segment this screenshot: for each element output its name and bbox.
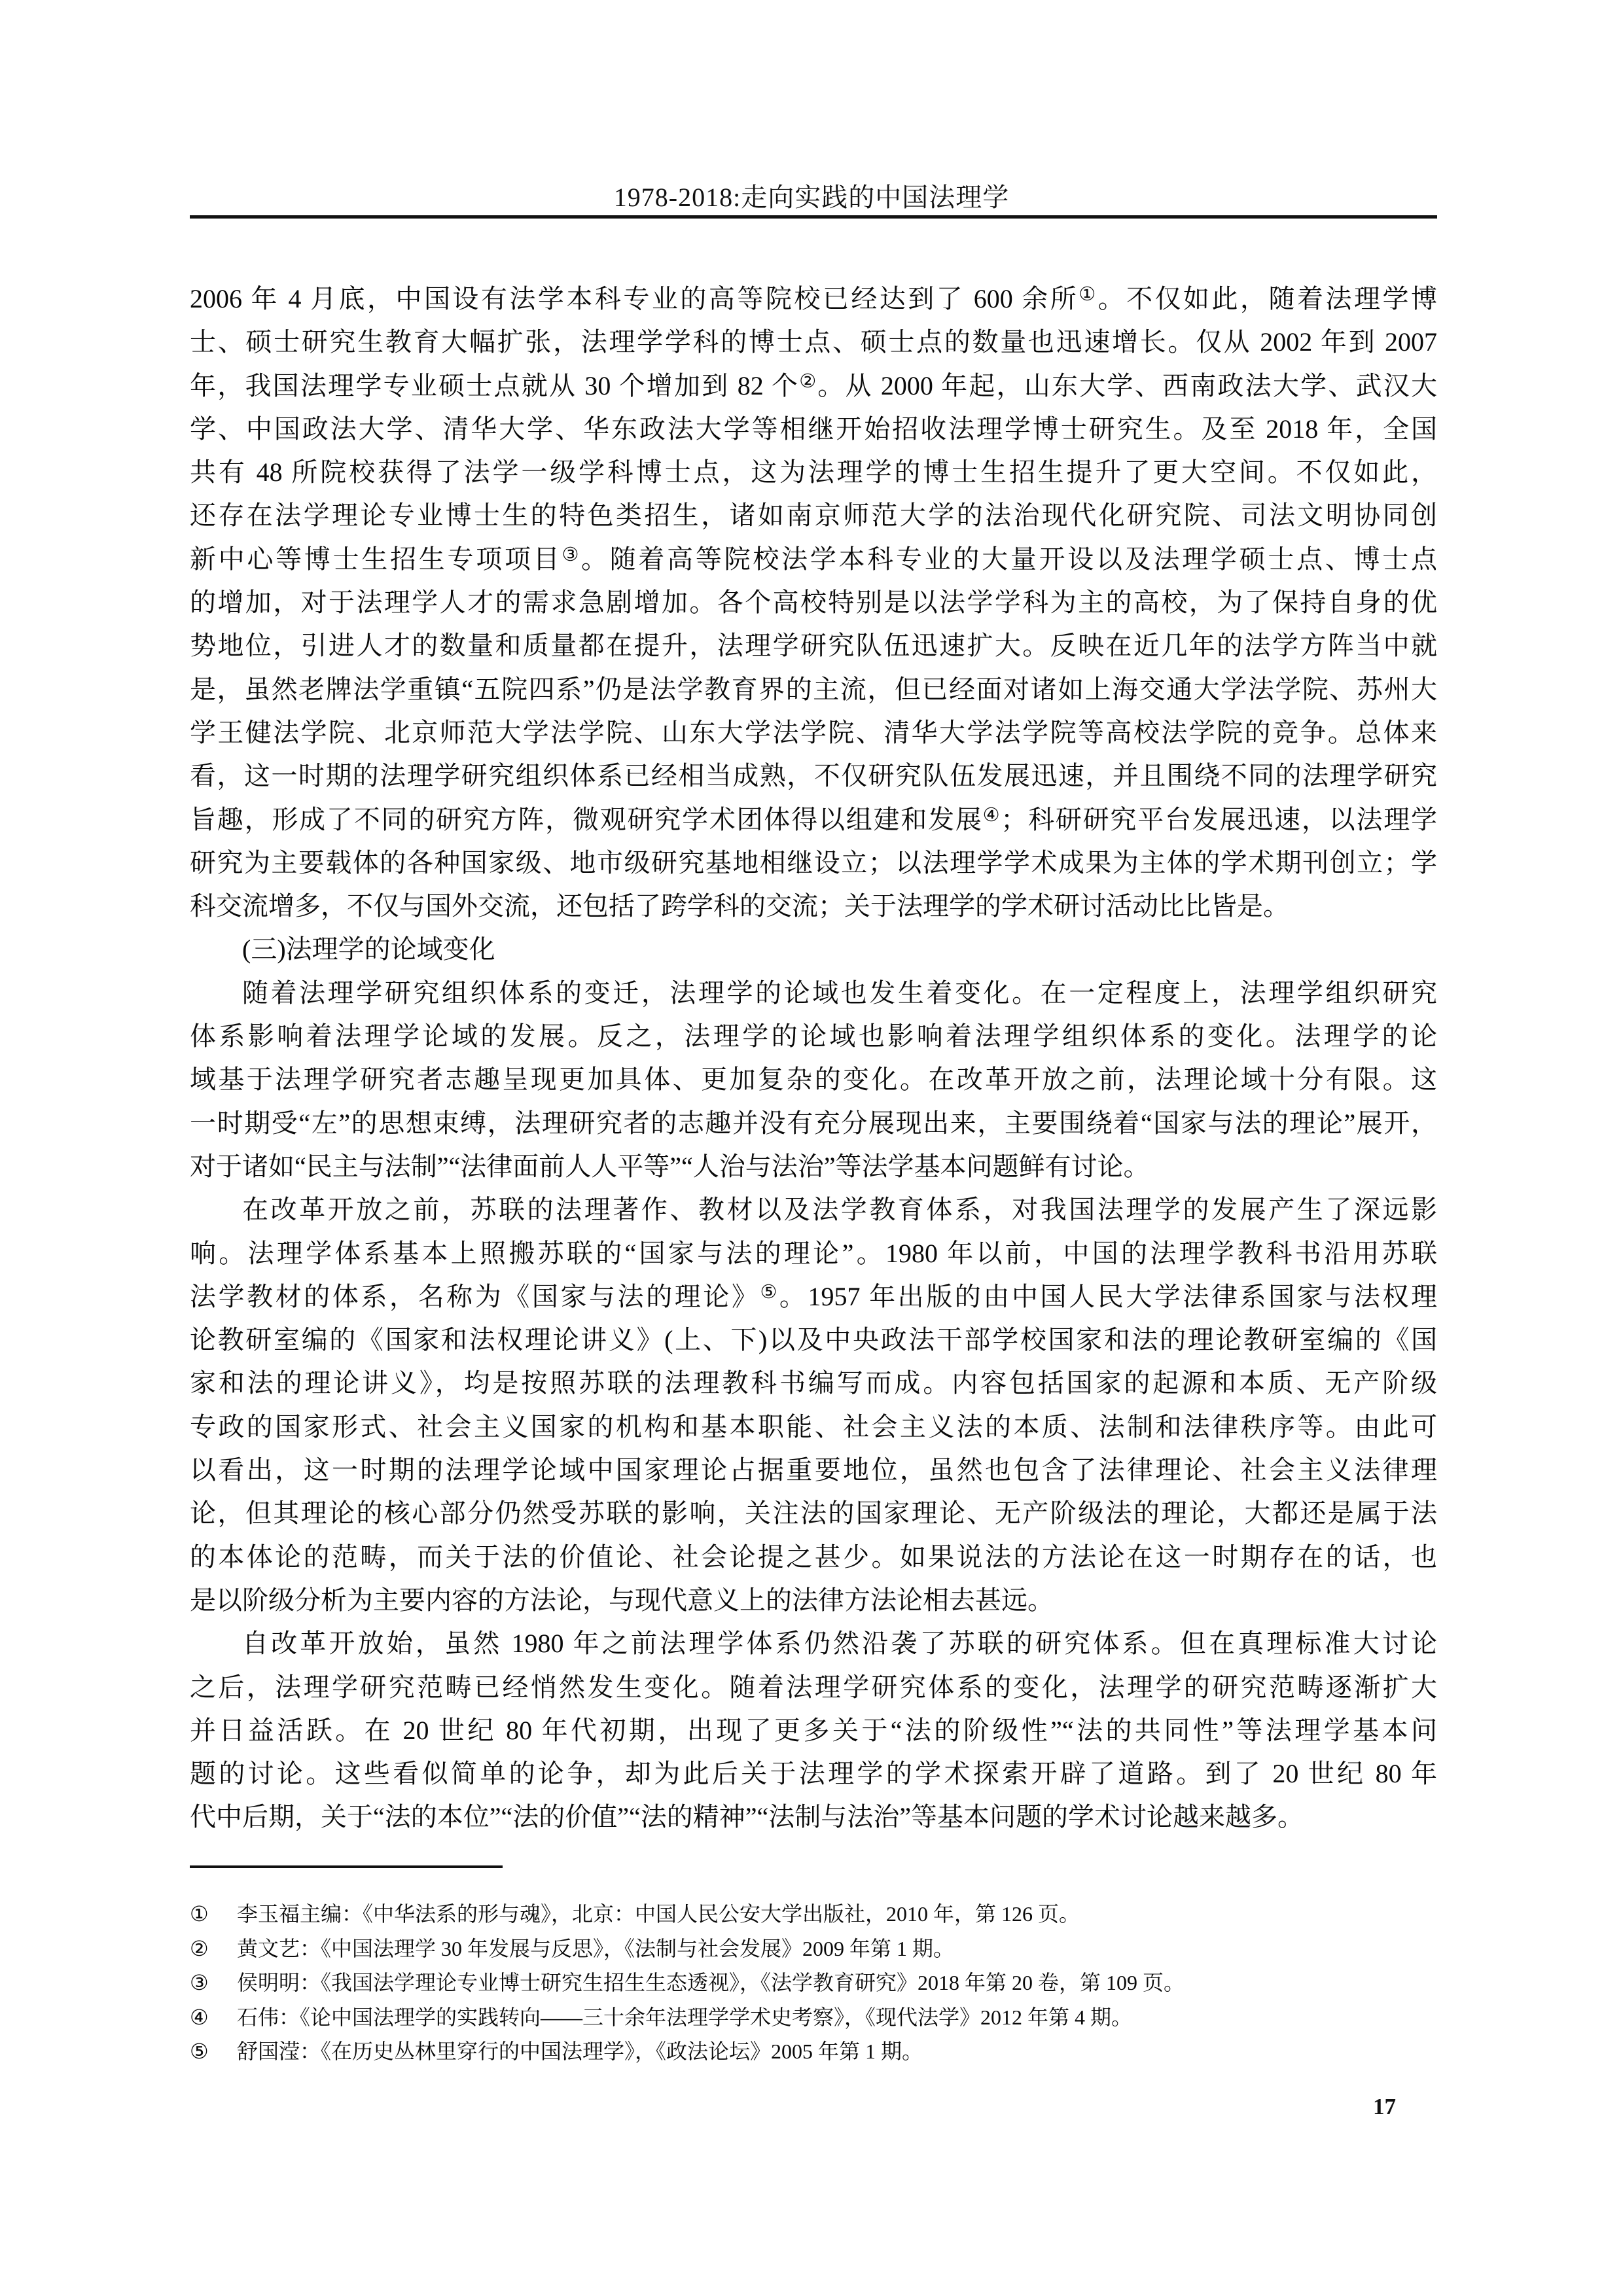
body-line: 还存在法学理论专业博士生的特色类招生，诸如南京师范大学的法治现代化研究院、司法文… [190,494,1437,537]
footnote-ref-marker: ⑤ [760,1282,779,1303]
footnote-text: 黄文艺：《中国法理学 30 年发展与反思》，《法制与社会发展》2009 年第 1… [237,1932,1437,1966]
body-line-text: 士、硕士研究生教育大幅扩张，法理学学科的博士点、硕士点的数量也迅速增长。仅从 2… [190,327,1437,357]
body-line: 的增加，对于法理学人才的需求急剧增加。各个高校特别是以法学学科为主的高校，为了保… [190,581,1437,624]
body-line: 法学教材的体系，名称为《国家与法的理论》⑤。1957 年出版的由中国人民大学法律… [190,1275,1437,1318]
body-line: 家和法的理论讲义》，均是按照苏联的法理教科书编写而成。内容包括国家的起源和本质、… [190,1362,1437,1405]
body-line-text: 域基于法理学研究者志趣呈现更加具体、更加复杂的变化。在改革开放之前，法理论域十分… [190,1065,1437,1094]
body-line-text: 题的讨论。这些看似简单的论争，却为此后关于法理学的学术探索开辟了道路。到了 20… [190,1759,1437,1788]
body-line: 的本体论的范畴，而关于法的价值论、社会论提之甚少。如果说法的方法论在这一时期存在… [190,1536,1437,1579]
body-line-text: 2006 年 4 月底，中国设有法学本科专业的高等院校已经达到了 600 余所①… [190,284,1437,313]
body-text: 2006 年 4 月底，中国设有法学本科专业的高等院校已经达到了 600 余所①… [190,277,1437,1839]
body-line: (三)法理学的论域变化 [190,928,1437,971]
body-line: 自改革开放始，虽然 1980 年之前法理学体系仍然沿袭了苏联的研究体系。但在真理… [190,1622,1437,1665]
body-line-text: 是，虽然老牌法学重镇“五院四系”仍是法学教育界的主流，但已经面对诸如上海交通大学… [190,675,1437,704]
footnote-text: 舒国滢：《在历史丛林里穿行的中国法理学》，《政法论坛》2005 年第 1 期。 [237,2034,1437,2069]
body-line: 看，这一时期的法理学研究组织体系已经相当成熟，不仅研究队伍发展迅速，并且围绕不同… [190,754,1437,798]
body-line-text: 共有 48 所院校获得了法学一级学科博士点，这为法理学的博士生招生提升了更大空间… [190,457,1437,487]
body-line-text: 体系影响着法理学论域的发展。反之，法理学的论域也影响着法理学组织体系的变化。法理… [190,1021,1437,1051]
page-number: 17 [1373,2094,1396,2120]
body-line-text: 论，但其理论的核心部分仍然受苏联的影响，关注法的国家理论、无产阶级法的理论，大都… [190,1498,1437,1528]
body-line-text: 法学教材的体系，名称为《国家与法的理论》⑤。1957 年出版的由中国人民大学法律… [190,1282,1437,1311]
body-line: 题的讨论。这些看似简单的论争，却为此后关于法理学的学术探索开辟了道路。到了 20… [190,1752,1437,1795]
body-line-text: 专政的国家形式、社会主义国家的机构和基本职能、社会主义法的本质、法制和法律秩序等… [190,1412,1437,1441]
body-line-text: 科交流增多，不仅与国外交流，还包括了跨学科的交流；关于法理学的学术研讨活动比比皆… [190,891,1289,921]
body-line-text: 研究为主要载体的各种国家级、地市级研究基地相继设立；以法理学学术成果为主体的学术… [190,848,1437,877]
body-line: 域基于法理学研究者志趣呈现更加具体、更加复杂的变化。在改革开放之前，法理论域十分… [190,1058,1437,1101]
body-line-text: 旨趣，形成了不同的研究方阵，微观研究学术团体得以组建和发展④；科研研究平台发展迅… [190,805,1437,834]
body-line-text: 学、中国政法大学、清华大学、华东政法大学等相继开始招收法理学博士研究生。及至 2… [190,414,1437,444]
body-line: 是以阶级分析为主要内容的方法论，与现代意义上的法律方法论相去甚远。 [190,1579,1437,1622]
body-line: 共有 48 所院校获得了法学一级学科博士点，这为法理学的博士生招生提升了更大空间… [190,451,1437,494]
body-line: 士、硕士研究生教育大幅扩张，法理学学科的博士点、硕士点的数量也迅速增长。仅从 2… [190,321,1437,364]
footnote-ref-marker: ① [1079,284,1097,305]
body-line: 在改革开放之前，苏联的法理著作、教材以及法学教育体系，对我国法理学的发展产生了深… [190,1188,1437,1231]
footnotes: ① 李玉福主编：《中华法系的形与魂》，北京：中国人民公安大学出版社，2010 年… [190,1897,1437,2069]
body-line-text: 以看出，这一时期的法理学论域中国家理论占据重要地位，虽然也包含了法律理论、社会主… [190,1455,1437,1485]
body-line-text: 并日益活跃。在 20 世纪 80 年代初期，出现了更多关于“法的阶级性”“法的共… [190,1716,1437,1745]
header-rule [190,215,1437,219]
footnote-number: ③ [190,1966,237,2000]
body-line-text: 自改革开放始，虽然 1980 年之前法理学体系仍然沿袭了苏联的研究体系。但在真理… [242,1629,1437,1658]
body-line-text: 年，我国法理学专业硕士点就从 30 个增加到 82 个②。从 2000 年起，山… [190,371,1437,400]
book-page: 1978-2018:走向实践的中国法理学 2006 年 4 月底，中国设有法学本… [0,0,1623,2296]
body-line-text: 势地位，引进人才的数量和质量都在提升，法理学研究队伍迅速扩大。反映在近几年的法学… [190,631,1437,660]
body-line: 研究为主要载体的各种国家级、地市级研究基地相继设立；以法理学学术成果为主体的学术… [190,841,1437,885]
body-line-text: 一时期受“左”的思想束缚，法理研究者的志趣并没有充分展现出来，主要围绕着“国家与… [190,1108,1437,1138]
footnote-item: ③ 侯明明：《我国法学理论专业博士研究生招生生态透视》，《法学教育研究》2018… [190,1966,1437,2000]
body-line-text: 对于诸如“民主与法制”“法律面前人人平等”“人治与法治”等法学基本问题鲜有讨论。 [190,1152,1150,1181]
body-line: 体系影响着法理学论域的发展。反之，法理学的论域也影响着法理学组织体系的变化。法理… [190,1015,1437,1058]
footnote-ref-marker: ③ [562,544,581,565]
footnote-text: 石伟：《论中国法理学的实践转向——三十余年法理学学术史考察》，《现代法学》201… [237,2000,1437,2035]
body-line-text: 在改革开放之前，苏联的法理著作、教材以及法学教育体系，对我国法理学的发展产生了深… [242,1195,1437,1224]
body-line-text: 还存在法学理论专业博士生的特色类招生，诸如南京师范大学的法治现代化研究院、司法文… [190,501,1437,530]
body-line: 对于诸如“民主与法制”“法律面前人人平等”“人治与法治”等法学基本问题鲜有讨论。 [190,1145,1437,1188]
footnote-number: ④ [190,2000,237,2035]
body-line: 2006 年 4 月底，中国设有法学本科专业的高等院校已经达到了 600 余所①… [190,277,1437,321]
body-line-text: 响。法理学体系基本上照搬苏联的“国家与法的理论”。1980 年以前，中国的法理学… [190,1239,1437,1268]
footnote-item: ⑤ 舒国滢：《在历史丛林里穿行的中国法理学》，《政法论坛》2005 年第 1 期… [190,2034,1437,2069]
footnote-item: ① 李玉福主编：《中华法系的形与魂》，北京：中国人民公安大学出版社，2010 年… [190,1897,1437,1932]
body-line-text: 论教研室编的《国家和法权理论讲义》(上、下)以及中央政法干部学校国家和法的理论教… [190,1325,1437,1354]
body-line-text: (三)法理学的论域变化 [242,934,495,964]
body-line-text: 随着法理学研究组织体系的变迁，法理学的论域也发生着变化。在一定程度上，法理学组织… [242,978,1437,1008]
body-line-text: 之后，法理学研究范畴已经悄然发生变化。随着法理学研究体系的变化，法理学的研究范畴… [190,1672,1437,1702]
body-line: 论，但其理论的核心部分仍然受苏联的影响，关注法的国家理论、无产阶级法的理论，大都… [190,1492,1437,1535]
body-line: 科交流增多，不仅与国外交流，还包括了跨学科的交流；关于法理学的学术研讨活动比比皆… [190,885,1437,928]
body-line: 势地位，引进人才的数量和质量都在提升，法理学研究队伍迅速扩大。反映在近几年的法学… [190,624,1437,667]
body-line-text: 代中后期，关于“法的本位”“法的价值”“法的精神”“法制与法治”等基本问题的学术… [190,1802,1304,1831]
body-line: 旨趣，形成了不同的研究方阵，微观研究学术团体得以组建和发展④；科研研究平台发展迅… [190,798,1437,841]
body-line: 随着法理学研究组织体系的变迁，法理学的论域也发生着变化。在一定程度上，法理学组织… [190,972,1437,1015]
footnote-number: ⑤ [190,2034,237,2069]
footnote-ref-marker: ② [799,371,817,392]
body-line: 响。法理学体系基本上照搬苏联的“国家与法的理论”。1980 年以前，中国的法理学… [190,1232,1437,1275]
body-line: 以看出，这一时期的法理学论域中国家理论占据重要地位，虽然也包含了法律理论、社会主… [190,1449,1437,1492]
body-line: 并日益活跃。在 20 世纪 80 年代初期，出现了更多关于“法的阶级性”“法的共… [190,1709,1437,1752]
footnote-ref-marker: ④ [983,805,1001,826]
footnote-separator-rule [190,1865,503,1868]
body-line-text: 学王健法学院、北京师范大学法学院、山东大学法学院、清华大学法学院等高校法学院的竞… [190,718,1437,747]
footnote-text: 李玉福主编：《中华法系的形与魂》，北京：中国人民公安大学出版社，2010 年，第… [237,1897,1437,1932]
body-line: 专政的国家形式、社会主义国家的机构和基本职能、社会主义法的本质、法制和法律秩序等… [190,1405,1437,1449]
body-line-text: 的增加，对于法理学人才的需求急剧增加。各个高校特别是以法学学科为主的高校，为了保… [190,588,1437,617]
body-line: 年，我国法理学专业硕士点就从 30 个增加到 82 个②。从 2000 年起，山… [190,364,1437,408]
body-line: 一时期受“左”的思想束缚，法理研究者的志趣并没有充分展现出来，主要围绕着“国家与… [190,1102,1437,1145]
body-line-text: 的本体论的范畴，而关于法的价值论、社会论提之甚少。如果说法的方法论在这一时期存在… [190,1542,1437,1572]
footnote-text: 侯明明：《我国法学理论专业博士研究生招生生态透视》，《法学教育研究》2018 年… [237,1966,1437,2000]
body-line-text: 新中心等博士生招生专项项目③。随着高等院校法学本科专业的大量开设以及法理学硕士点… [190,544,1437,574]
body-line: 是，虽然老牌法学重镇“五院四系”仍是法学教育界的主流，但已经面对诸如上海交通大学… [190,668,1437,711]
running-header-title: 1978-2018:走向实践的中国法理学 [0,177,1623,214]
body-line: 论教研室编的《国家和法权理论讲义》(上、下)以及中央政法干部学校国家和法的理论教… [190,1318,1437,1362]
body-line-text: 看，这一时期的法理学研究组织体系已经相当成熟，不仅研究队伍发展迅速，并且围绕不同… [190,761,1437,790]
footnote-item: ② 黄文艺：《中国法理学 30 年发展与反思》，《法制与社会发展》2009 年第… [190,1932,1437,1966]
body-line: 代中后期，关于“法的本位”“法的价值”“法的精神”“法制与法治”等基本问题的学术… [190,1795,1437,1839]
body-line: 学王健法学院、北京师范大学法学院、山东大学法学院、清华大学法学院等高校法学院的竞… [190,711,1437,754]
footnote-number: ① [190,1897,237,1932]
footnote-number: ② [190,1932,237,1966]
body-line-text: 是以阶级分析为主要内容的方法论，与现代意义上的法律方法论相去甚远。 [190,1585,1054,1615]
body-line: 新中心等博士生招生专项项目③。随着高等院校法学本科专业的大量开设以及法理学硕士点… [190,538,1437,581]
body-line: 之后，法理学研究范畴已经悄然发生变化。随着法理学研究体系的变化，法理学的研究范畴… [190,1666,1437,1709]
body-line-text: 家和法的理论讲义》，均是按照苏联的法理教科书编写而成。内容包括国家的起源和本质、… [190,1368,1437,1398]
body-line: 学、中国政法大学、清华大学、华东政法大学等相继开始招收法理学博士研究生。及至 2… [190,408,1437,451]
footnote-item: ④ 石伟：《论中国法理学的实践转向——三十余年法理学学术史考察》，《现代法学》2… [190,2000,1437,2035]
